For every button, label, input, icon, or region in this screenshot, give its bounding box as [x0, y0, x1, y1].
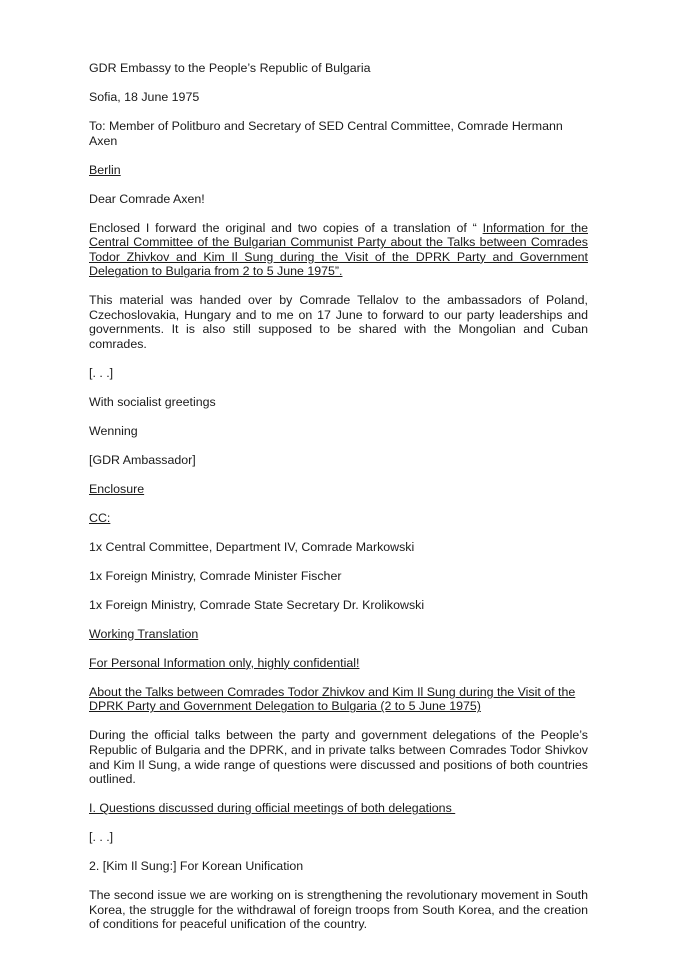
paragraph-enclosed: Enclosed I forward the original and two … [89, 221, 588, 279]
cc-item: 1x Central Committee, Department IV, Com… [89, 540, 588, 555]
place-date: Sofia, 18 June 1975 [89, 90, 588, 105]
document-page: GDR Embassy to the People’s Republic of … [89, 61, 588, 946]
recipient-line: To: Member of Politburo and Secretary of… [89, 119, 588, 148]
ellipsis-omission: [. . .] [89, 830, 588, 845]
paragraph-enclosed-intro: Enclosed I forward the original and two … [89, 221, 483, 235]
item-heading: 2. [Kim Il Sung:] For Korean Unification [89, 859, 588, 874]
confidential-notice: For Personal Information only, highly co… [89, 656, 588, 671]
working-translation-label: Working Translation [89, 627, 588, 642]
section-heading: I. Questions discussed during official m… [89, 801, 588, 816]
signature-title: [GDR Ambassador] [89, 453, 588, 468]
enclosure-label: Enclosure [89, 482, 588, 497]
recipient-city: Berlin [89, 163, 588, 178]
paragraph-handover: This material was handed over by Comrade… [89, 293, 588, 351]
ellipsis-omission: [. . .] [89, 366, 588, 381]
enclosure-title: About the Talks between Comrades Todor Z… [89, 685, 588, 714]
sender-line: GDR Embassy to the People’s Republic of … [89, 61, 588, 76]
cc-item: 1x Foreign Ministry, Comrade State Secre… [89, 598, 588, 613]
paragraph-unification: The second issue we are working on is st… [89, 888, 588, 932]
cc-label: CC: [89, 511, 588, 526]
signature-name: Wenning [89, 424, 588, 439]
salutation: Dear Comrade Axen! [89, 192, 588, 207]
paragraph-official-talks: During the official talks between the pa… [89, 728, 588, 786]
cc-item: 1x Foreign Ministry, Comrade Minister Fi… [89, 569, 588, 584]
closing-greeting: With socialist greetings [89, 395, 588, 410]
